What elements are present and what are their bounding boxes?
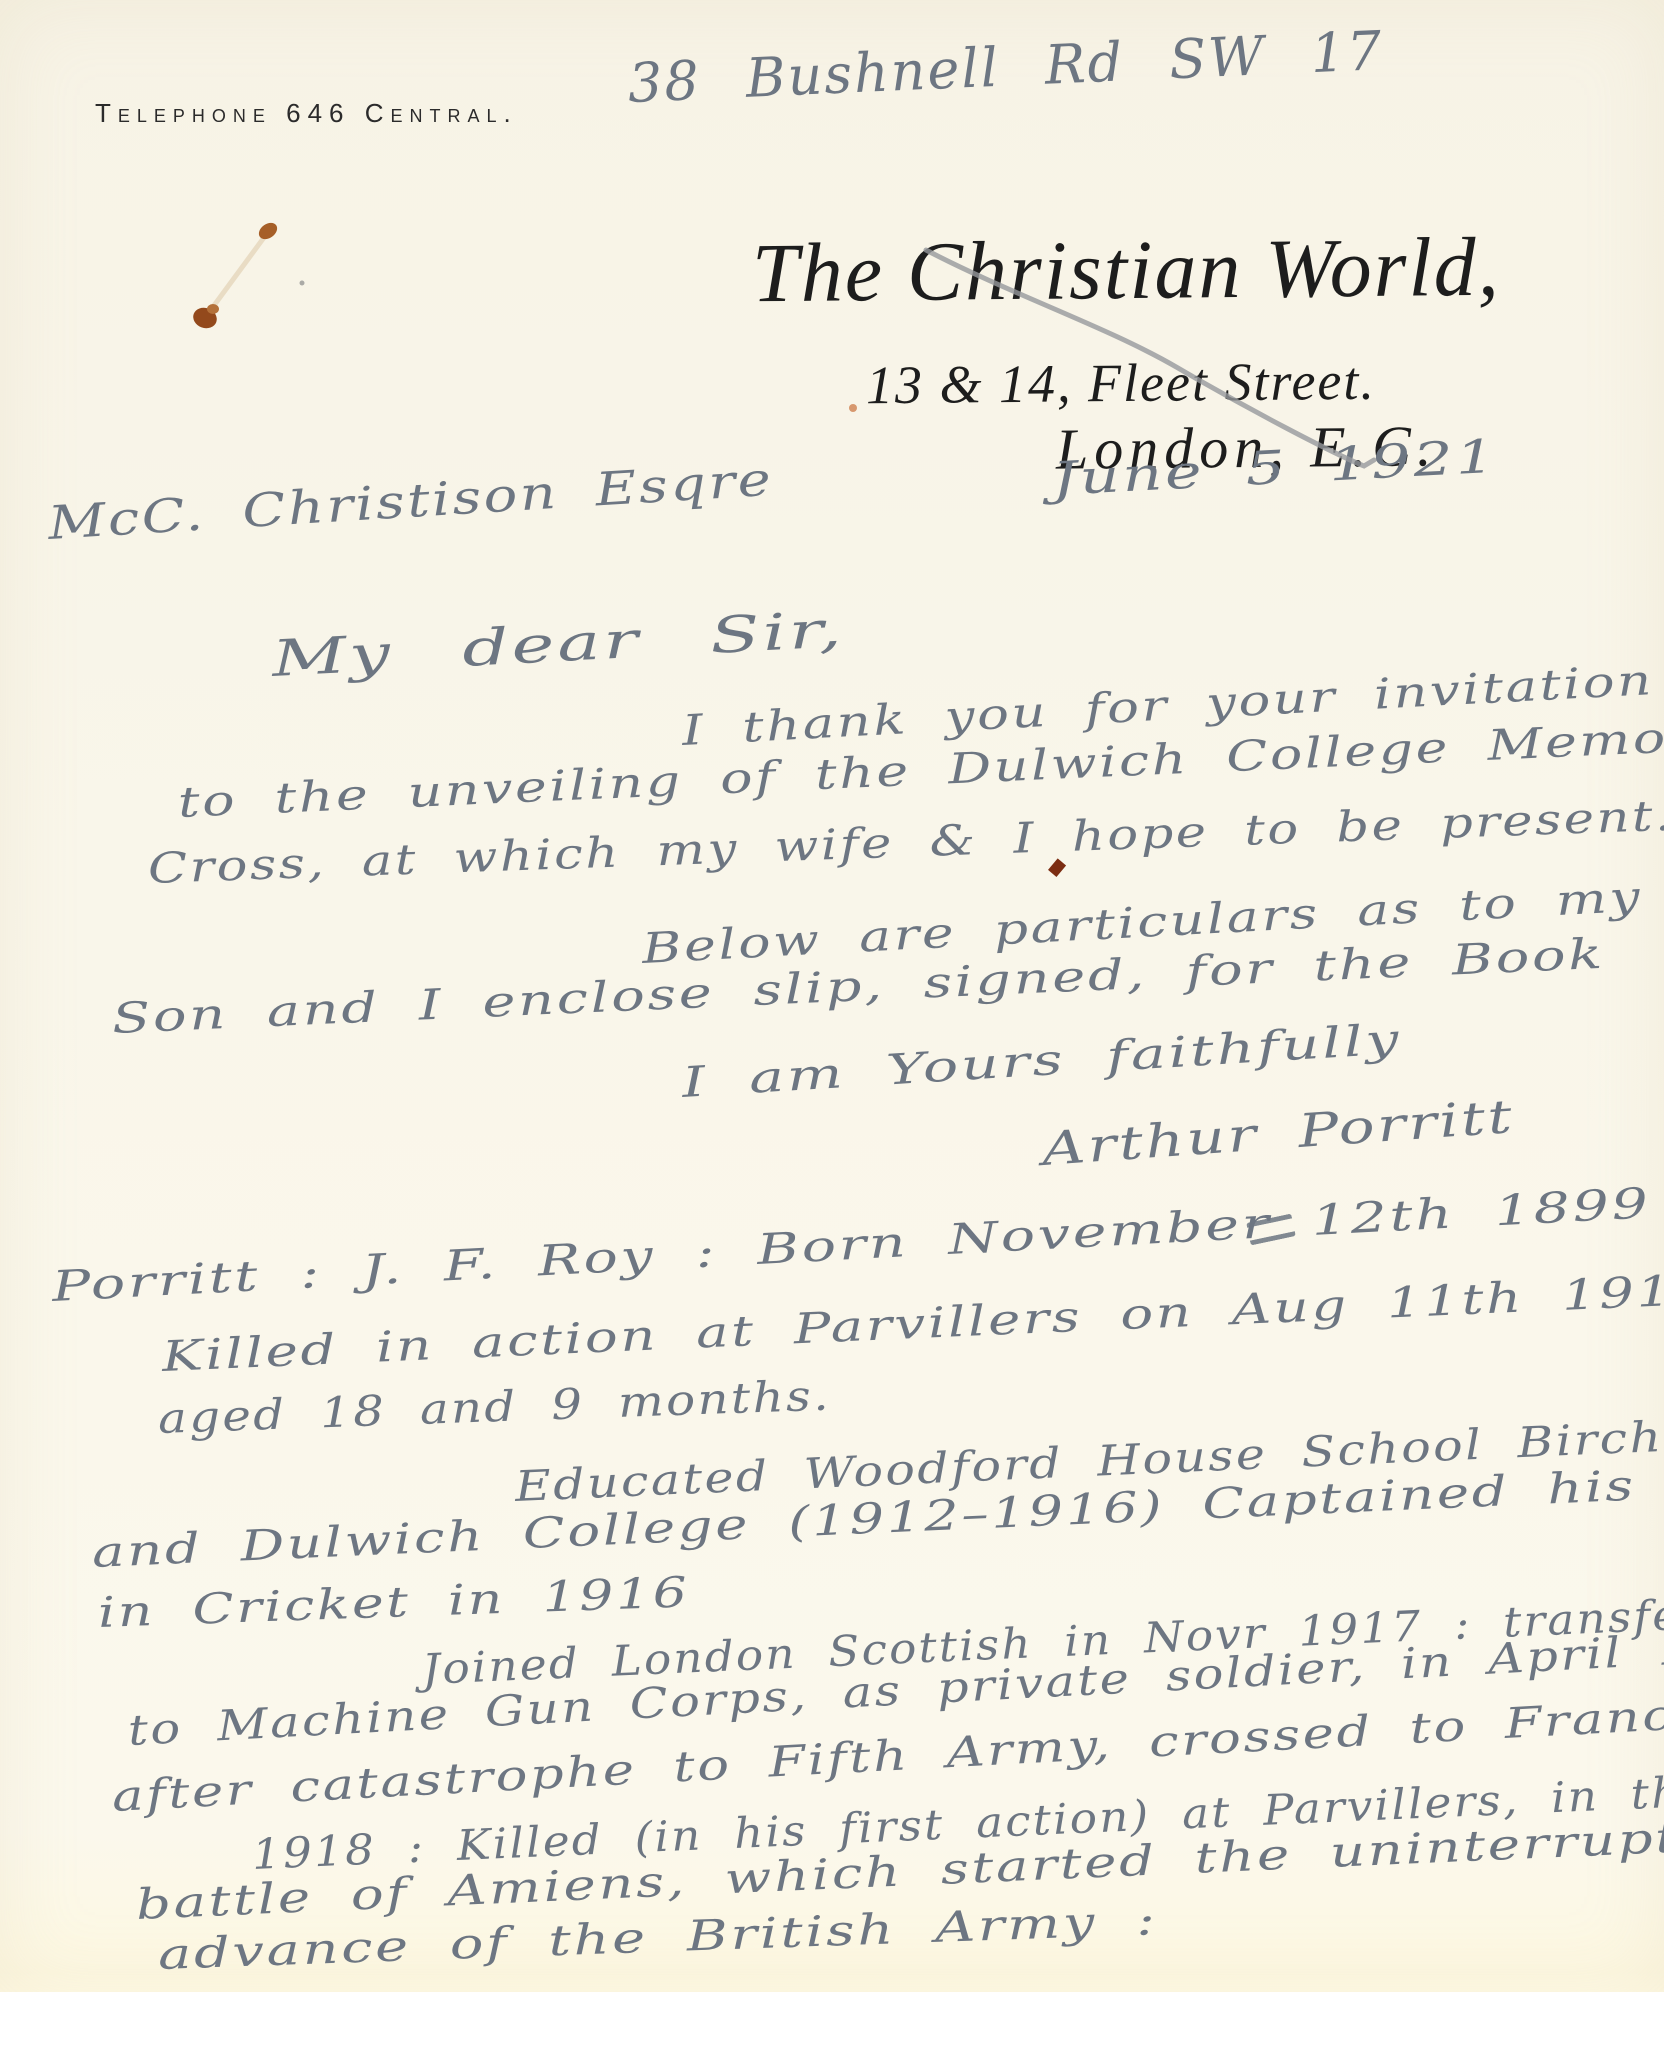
paper-speck bbox=[300, 281, 305, 286]
letterhead-street-address: 13 & 14, Fleet Street. bbox=[866, 350, 1376, 416]
closing-line: I am Yours faithfully bbox=[681, 1014, 1403, 1107]
scanned-letter: Telephone 646 Central. The Christian Wor… bbox=[0, 0, 1664, 2048]
letterhead-masthead: The Christian World, bbox=[752, 219, 1502, 323]
particulars-line: in Cricket in 1916 bbox=[97, 1567, 690, 1637]
rust-spot bbox=[190, 304, 219, 331]
pin-scratch-mark bbox=[207, 232, 268, 315]
addressee-line: McC. Christison Esqre bbox=[46, 452, 774, 550]
signature: Arthur Porritt bbox=[1040, 1089, 1516, 1176]
paper-speck bbox=[849, 404, 857, 412]
salutation-line: My dear Sir, bbox=[270, 600, 845, 688]
rust-spot bbox=[207, 304, 219, 314]
sender-address-line: 38 Bushnell Rd SW 17 bbox=[627, 19, 1385, 115]
rust-spot bbox=[256, 220, 280, 243]
particulars-line: aged 18 and 9 months. bbox=[157, 1371, 831, 1443]
letterhead-telephone: Telephone 646 Central. bbox=[95, 98, 518, 129]
letter-paper: Telephone 646 Central. The Christian Wor… bbox=[0, 0, 1664, 1992]
